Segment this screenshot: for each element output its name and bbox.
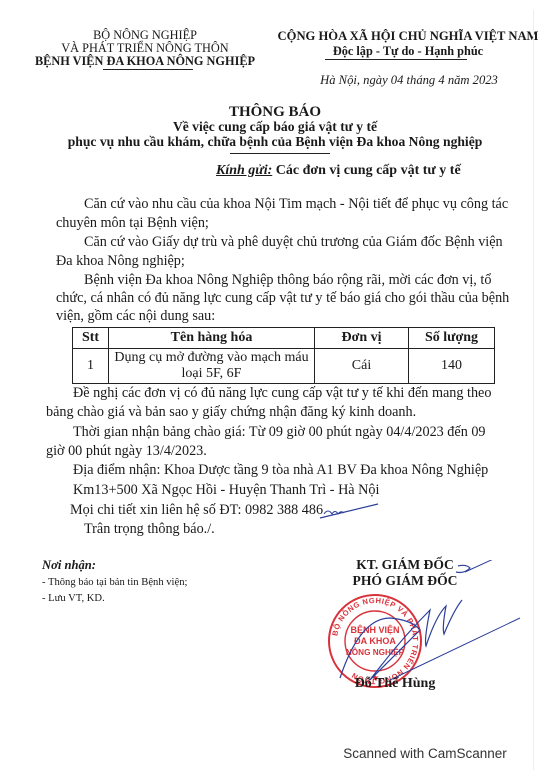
recipients-label: Nơi nhận: <box>42 558 96 573</box>
scanner-watermark: Scanned with CamScanner <box>300 746 550 761</box>
hospital-name: BỆNH VIỆN ĐA KHOA NÔNG NGHIỆP <box>30 54 260 68</box>
paragraph-4-line-2: bảng chào giá và bản sao y giấy chứng nh… <box>46 403 416 422</box>
col-header-stt: Stt <box>73 328 109 349</box>
cell-name-line-2: loại 5F, 6F <box>109 366 314 382</box>
paragraph-4-line-1: Đề nghị các đơn vị có đủ năng lực cung c… <box>73 384 491 403</box>
title-underline <box>230 153 330 154</box>
cell-name-line-1: Dụng cụ mở đường vào mạch máu <box>109 350 314 366</box>
cell-qty: 140 <box>409 349 495 384</box>
country-name: CỘNG HÒA XÃ HỘI CHỦ NGHĨA VIỆT NAM <box>268 29 548 43</box>
paragraph-6-line-1: Địa điểm nhận: Khoa Dược tầng 9 tòa nhà … <box>73 461 488 480</box>
paragraph-2-line-1: Căn cứ vào Giấy dự trù và phê duyệt chủ … <box>84 233 503 252</box>
date-line: Hà Nội, ngày 04 tháng 4 năm 2023 <box>268 73 550 88</box>
cell-name: Dụng cụ mở đường vào mạch máu loại 5F, 6… <box>109 349 315 384</box>
document-subtitle-1: Về việc cung cấp báo giá vật tư y tế <box>30 119 520 135</box>
recipients-item-2: - Lưu VT, KD. <box>42 593 105 604</box>
paragraph-2-line-2: Đa khoa Nông nghiệp; <box>56 252 185 271</box>
closing-line: Trân trọng thông báo./. <box>84 520 215 539</box>
recipient-line: Kính gửi: Các đơn vị cung cấp vật tư y t… <box>216 163 461 179</box>
paragraph-1-line-2: chuyên môn tại Bệnh viện; <box>56 214 209 233</box>
paragraph-3-line-1: Bệnh viện Đa khoa Nông Nghiệp thông báo … <box>84 271 491 290</box>
motto-underline <box>325 59 467 60</box>
paragraph-3-line-2: chức, cá nhân có đủ năng lực cung cấp vậ… <box>56 289 509 308</box>
table-row: 1 Dụng cụ mở đường vào mạch máu loại 5F,… <box>73 349 495 384</box>
page-edge <box>533 10 534 770</box>
goods-table: Stt Tên hàng hóa Đơn vị Số lượng 1 Dụng … <box>72 327 495 384</box>
paragraph-1-line-1: Căn cứ vào nhu cầu của khoa Nội Tim mạch… <box>84 195 508 214</box>
motto: Độc lập - Tự do - Hạnh phúc <box>268 44 548 58</box>
ministry-line: BỘ NÔNG NGHIỆP <box>30 28 260 42</box>
paragraph-5-line-2: giờ 00 phút ngày 13/4/2023. <box>46 442 207 461</box>
contact-line: Mọi chi tiết xin liên hệ số ĐT: 0982 388… <box>70 501 323 520</box>
cell-stt: 1 <box>73 349 109 384</box>
document-subtitle-2: phục vụ nhu cầu khám, chữa bệnh của Bệnh… <box>30 134 520 150</box>
col-header-unit: Đơn vị <box>315 328 409 349</box>
paragraph-6-line-2: Km13+500 Xã Ngọc Hồi - Huyện Thanh Trì -… <box>73 481 379 500</box>
paragraph-3-line-3: viện, gồm các nội dung sau: <box>56 307 215 326</box>
col-header-name: Tên hàng hóa <box>109 328 315 349</box>
col-header-qty: Số lượng <box>409 328 495 349</box>
paragraph-5-line-1: Thời gian nhận bảng chào giá: Từ 09 giờ … <box>73 423 486 442</box>
cell-unit: Cái <box>315 349 409 384</box>
ministry-line-2: VÀ PHÁT TRIỂN NÔNG THÔN <box>30 41 260 55</box>
recipients-item-1: - Thông báo tại bản tin Bệnh viện; <box>42 577 187 588</box>
recipient-text: Các đơn vị cung cấp vật tư y tế <box>276 163 461 178</box>
table-header-row: Stt Tên hàng hóa Đơn vị Số lượng <box>73 328 495 349</box>
header-left-underline <box>103 69 193 70</box>
recipient-label: Kính gửi: <box>216 163 272 178</box>
signer-name: Đỗ Thế Hùng <box>320 676 470 692</box>
initials-scribble <box>318 500 388 522</box>
